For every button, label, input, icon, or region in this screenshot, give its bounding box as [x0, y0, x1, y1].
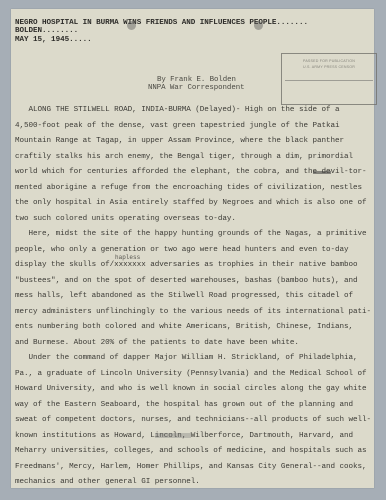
- body-line: display the skulls of/xxxxxxx adversarie…: [15, 261, 358, 270]
- body-line: mess halls, left abandoned as the Stilwe…: [15, 292, 353, 301]
- body-line: and Burmese. About 20% of the patients t…: [15, 339, 299, 348]
- author-slug: BOLDEN........: [15, 27, 78, 36]
- body-line: two such colored units operating oversea…: [15, 215, 236, 224]
- body-line: Pa., a graduate of Lincoln University (P…: [15, 370, 367, 379]
- punch-hole-mark: [127, 21, 136, 30]
- body-line: ALONG THE STILWELL ROAD, INDIA-BURMA (De…: [15, 106, 340, 115]
- body-line: people, who only a generation or two ago…: [15, 246, 349, 255]
- body-line: mechanics and other general GI personnel…: [15, 478, 200, 487]
- stamp-line-2: U.S. ARMY PRESS CENSOR: [282, 65, 376, 69]
- body-line: the only hospital in Asia entirely staff…: [15, 199, 367, 208]
- handwritten-insertion: hapless: [115, 254, 140, 261]
- body-line: mercy administers unflinchingly to the v…: [15, 308, 371, 317]
- body-line: Here, midst the site of the happy huntin…: [15, 230, 367, 239]
- body-line: mented aborigine a refuge from the encro…: [15, 184, 362, 193]
- censor-stamp: PASSED FOR PUBLICATION U.S. ARMY PRESS C…: [281, 53, 377, 105]
- typewritten-page: NEGRO HOSPITAL IN BURMA WINS FRIENDS AND…: [11, 9, 374, 488]
- body-line: ents numbering both colored and white Am…: [15, 323, 353, 332]
- body-line: sweat of competent doctors, nurses, and …: [15, 416, 371, 425]
- smudge-mark: [155, 433, 191, 438]
- stamp-divider: [285, 80, 373, 81]
- punch-hole-mark: [254, 21, 263, 30]
- body-line: Under the command of dapper Major Willia…: [15, 354, 358, 363]
- body-line: "bustees", and on the spot of deserted w…: [15, 277, 358, 286]
- body-line: Howard University, and who is well known…: [15, 385, 367, 394]
- body-line: craftily stalks his arch enemy, the Beng…: [15, 153, 353, 162]
- body-line: 4,500-foot peak of the dense, vast green…: [15, 122, 340, 131]
- ink-correction-mark: [313, 171, 331, 174]
- body-line: Meharry universities, colleges, and scho…: [15, 447, 367, 456]
- stamp-line-1: PASSED FOR PUBLICATION: [282, 59, 376, 63]
- story-date: MAY 15, 1945.....: [15, 36, 92, 45]
- body-line: way of the Eastern Seaboard, the hospita…: [15, 401, 353, 410]
- byline-role: NNPA War Correspondent: [148, 84, 244, 93]
- body-line: Mountain Range at Tagap, in upper Assam …: [15, 137, 344, 146]
- body-line: Freedmans', Mercy, Harlem, Homer Phillip…: [15, 463, 367, 472]
